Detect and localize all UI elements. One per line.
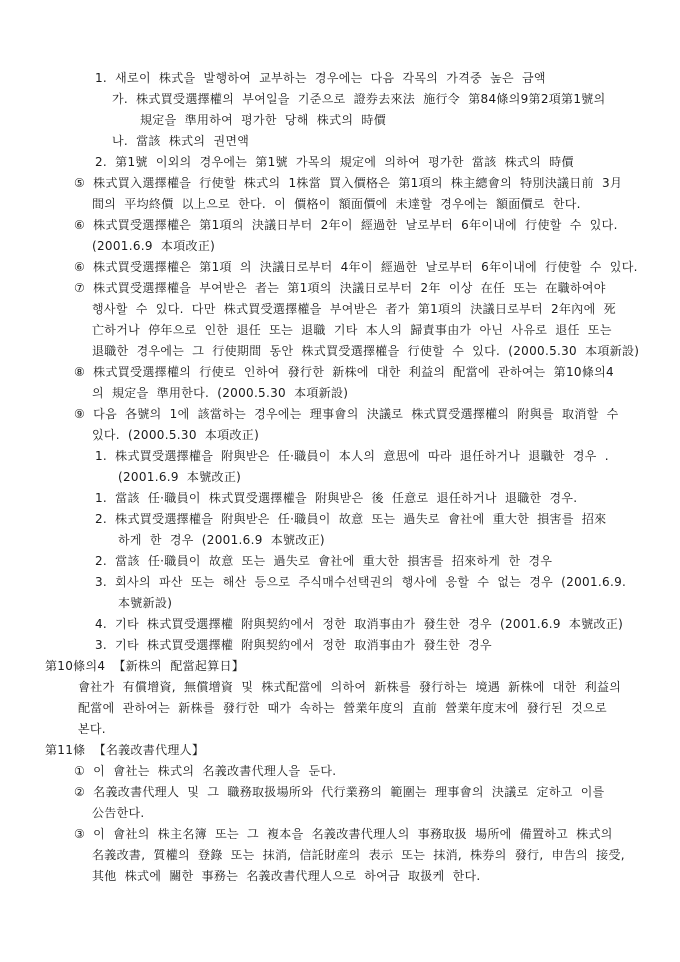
text-line: 亡하거나 停年으로 인한 退任 또는 退職 기타 本人의 歸責事由가 아닌 사유… <box>0 320 640 341</box>
text-line: 名義改書, 質權의 登錄 또는 抹消, 信託財産의 表示 또는 抹消, 株券의 … <box>0 845 640 866</box>
text-line: 행사할 수 있다. 다만 株式買受選擇權을 부여받은 者가 第1項의 決議日로부… <box>0 299 640 320</box>
text-line: 나. 當該 株式의 권면액 <box>0 131 640 152</box>
text-line: 의 規定을 準用한다. (2000.5.30 本項新設) <box>0 383 640 404</box>
text-line: 2. 第1號 이외의 경우에는 第1號 가목의 規定에 의하여 평가한 當該 株… <box>0 152 640 173</box>
text-line: (2001.6.9 本號改正) <box>0 467 640 488</box>
text-line: 1. 새로이 株式을 발행하여 교부하는 경우에는 다음 각목의 가격중 높은 … <box>0 68 640 89</box>
text-line: 2. 當該 任·職員이 故意 또는 過失로 會社에 重大한 損害를 招來하게 한… <box>0 551 640 572</box>
text-line: 配當에 관하여는 新株를 發行한 때가 속하는 營業年度의 直前 營業年度末에 … <box>0 698 640 719</box>
text-line: (2001.6.9 本項改正) <box>0 236 640 257</box>
text-line: 3. 기타 株式買受選擇權 附與契約에서 정한 取消事由가 發生한 경우 <box>0 635 640 656</box>
text-line: 본다. <box>0 719 640 740</box>
text-line: ⑤ 株式買入選擇權을 行使할 株式의 1株當 買入價格은 第1項의 株主總會의 … <box>0 173 640 194</box>
text-line: ⑦ 株式買受選擇權을 부여받은 者는 第1項의 決議日로부터 2年 이상 在任 … <box>0 278 640 299</box>
text-line: 公告한다. <box>0 803 640 824</box>
text-line: ⑨ 다음 各號의 1에 該當하는 경우에는 理事會의 決議로 株式買受選擇權의 … <box>0 404 640 425</box>
text-line: ① 이 會社는 株式의 名義改書代理人을 둔다. <box>0 761 640 782</box>
article-heading: 第11條 【名義改書代理人】 <box>0 740 640 761</box>
text-line: 本號新設) <box>0 593 640 614</box>
text-line: 1. 當該 任·職員이 株式買受選擇權을 附與받은 後 任意로 退任하거나 退職… <box>0 488 640 509</box>
document-lines: 1. 새로이 株式을 발행하여 교부하는 경우에는 다음 각목의 가격중 높은 … <box>0 68 640 887</box>
text-line: 其他 株式에 關한 事務는 名義改書代理人으로 하여금 取扱케 한다. <box>0 866 640 887</box>
text-line: 있다. (2000.5.30 本項改正) <box>0 425 640 446</box>
document-page: 1. 새로이 株式을 발행하여 교부하는 경우에는 다음 각목의 가격중 높은 … <box>0 0 680 962</box>
text-line: 3. 회사의 파산 또는 해산 등으로 주식매수선택권의 행사에 응할 수 없는… <box>0 572 640 593</box>
text-line: ③ 이 會社의 株主名簿 또는 그 複本을 名義改書代理人의 事務取扱 場所에 … <box>0 824 640 845</box>
text-line: 間의 平均終價 以上으로 한다. 이 價格이 額面價에 未達할 경우에는 額面價… <box>0 194 640 215</box>
text-line: ⑥ 株式買受選擇權은 第1項 의 決議日로부터 4年이 經過한 날로부터 6年이… <box>0 257 640 278</box>
text-line: 4. 기타 株式買受選擇權 附與契約에서 정한 取消事由가 發生한 경우 (20… <box>0 614 640 635</box>
text-line: 會社가 有償增資, 無償增資 및 株式配當에 의하여 新株를 發行하는 境遇 新… <box>0 677 640 698</box>
text-line: ⑥ 株式買受選擇權은 第1項의 決議日부터 2年이 經過한 날로부터 6年이내에… <box>0 215 640 236</box>
text-line: 退職한 경우에는 그 行使期間 동안 株式買受選擇權을 行使할 수 있다. (2… <box>0 341 640 362</box>
text-line: 2. 株式買受選擇權을 附與받은 任·職員이 故意 또는 過失로 會社에 重大한… <box>0 509 640 530</box>
text-line: 하게 한 경우 (2001.6.9 本號改正) <box>0 530 640 551</box>
text-line: ⑧ 株式買受選擇權의 行使로 인하여 發行한 新株에 대한 利益의 配當에 관하… <box>0 362 640 383</box>
text-line: ② 名義改書代理人 및 그 職務取扱場所와 代行業務의 範圍는 理事會의 決議로… <box>0 782 640 803</box>
text-line: 規定을 準用하여 평가한 당해 株式의 時價 <box>0 110 640 131</box>
article-heading: 第10條의4 【新株의 配當起算日】 <box>0 656 640 677</box>
text-line: 1. 株式買受選擇權을 附與받은 任·職員이 本人의 意思에 따라 退任하거나 … <box>0 446 640 467</box>
text-line: 가. 株式買受選擇權의 부여일을 기준으로 證券去來法 施行令 第84條의9第2… <box>0 89 640 110</box>
